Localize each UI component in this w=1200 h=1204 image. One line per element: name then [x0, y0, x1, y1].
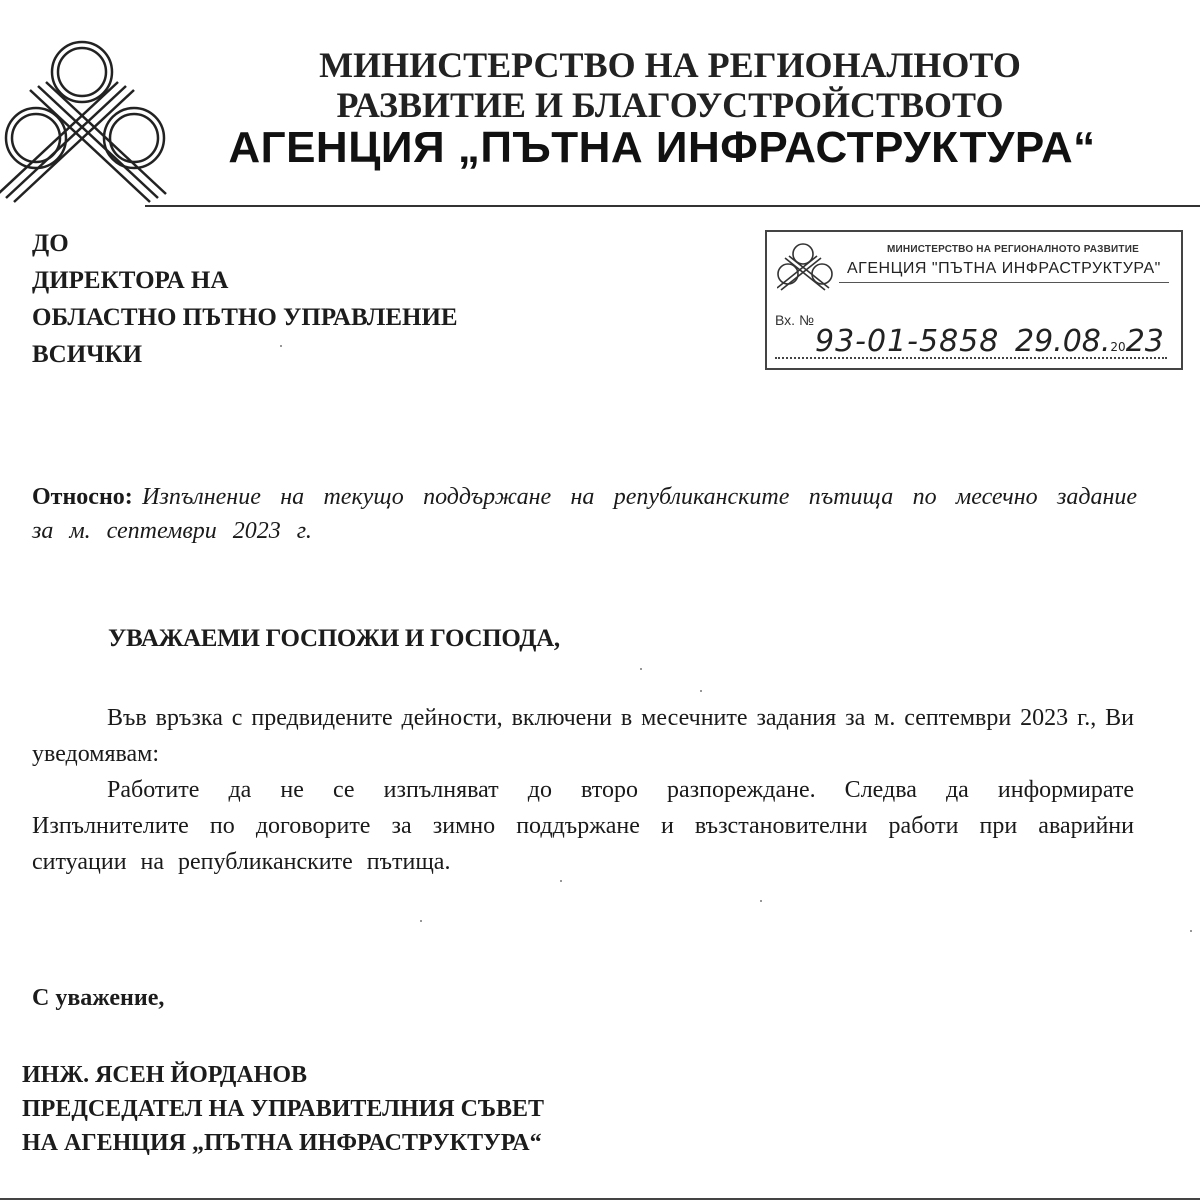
ministry-name-line1: МИНИСТЕРСТВО НА РЕГИОНАЛНОТО: [290, 45, 1050, 85]
agency-knot-logo-icon: [0, 20, 190, 210]
scan-speck: [640, 668, 642, 670]
signature-block: ИНЖ. ЯСЕН ЙОРДАНОВ ПРЕДСЕДАТЕЛ НА УПРАВИ…: [22, 1058, 544, 1160]
recipient-line: ВСИЧКИ: [32, 336, 458, 373]
stamp-agency: АГЕНЦИЯ "ПЪТНА ИНФРАСТРУКТУРА": [847, 260, 1161, 278]
body-paragraph: Във връзка с предвидените дейности, вклю…: [32, 700, 1134, 772]
scan-speck: [420, 920, 422, 922]
recipient-line: ДО: [32, 225, 458, 262]
recipient-block: ДО ДИРЕКТОРА НА ОБЛАСТНО ПЪТНО УПРАВЛЕНИ…: [32, 225, 458, 373]
date-year-prefix: 20: [1110, 340, 1125, 354]
scan-speck: [700, 690, 702, 692]
date-day-month: 29.08.: [1015, 324, 1110, 359]
registration-date: 29.08.2023: [1015, 324, 1164, 359]
signatory-title-line2: НА АГЕНЦИЯ „ПЪТНА ИНФРАСТРУКТУРА“: [22, 1126, 544, 1160]
stamp-ministry: МИНИСТЕРСТВО НА РЕГИОНАЛНОТО РАЗВИТИЕ: [887, 244, 1139, 255]
subject-label: Относно:: [32, 484, 133, 510]
stamp-dotted-line: [775, 357, 1167, 359]
incoming-number-label: Вх. №: [775, 312, 814, 328]
footer-divider: [0, 1198, 1200, 1200]
scan-speck: [560, 880, 562, 882]
body-paragraph: Работите да не се изпълняват до второ ра…: [32, 772, 1134, 880]
scan-speck: [280, 345, 282, 347]
ministry-name-line2: РАЗВИТИЕ И БЛАГОУСТРОЙСТВОТО: [290, 85, 1050, 125]
signatory-name: ИНЖ. ЯСЕН ЙОРДАНОВ: [22, 1058, 544, 1092]
agency-name: АГЕНЦИЯ „ПЪТНА ИНФРАСТРУКТУРА“: [212, 122, 1112, 174]
scan-speck: [1190, 930, 1192, 932]
salutation: УВАЖАЕМИ ГОСПОЖИ И ГОСПОДА,: [108, 625, 560, 653]
registration-number: 93-01-5858: [815, 324, 999, 359]
subject-line: Относно: Изпълнение на текущо поддържане…: [32, 480, 1137, 548]
letter-body: Във връзка с предвидените дейности, вклю…: [32, 700, 1134, 880]
registration-stamp: МИНИСТЕРСТВО НА РЕГИОНАЛНОТО РАЗВИТИЕ АГ…: [765, 230, 1183, 370]
stamp-divider: [839, 282, 1169, 283]
scan-speck: [760, 900, 762, 902]
letterhead-divider: [145, 205, 1200, 207]
recipient-line: ДИРЕКТОРА НА: [32, 262, 458, 299]
recipient-line: ОБЛАСТНО ПЪТНО УПРАВЛЕНИЕ: [32, 299, 458, 336]
stamp-logo-icon: [777, 240, 837, 292]
subject-text: Изпълнение на текущо поддържане на репуб…: [32, 484, 1137, 544]
signatory-title-line1: ПРЕДСЕДАТЕЛ НА УПРАВИТЕЛНИЯ СЪВЕТ: [22, 1092, 544, 1126]
closing: С уважение,: [32, 985, 164, 1012]
date-year-suffix: 23: [1126, 324, 1164, 359]
